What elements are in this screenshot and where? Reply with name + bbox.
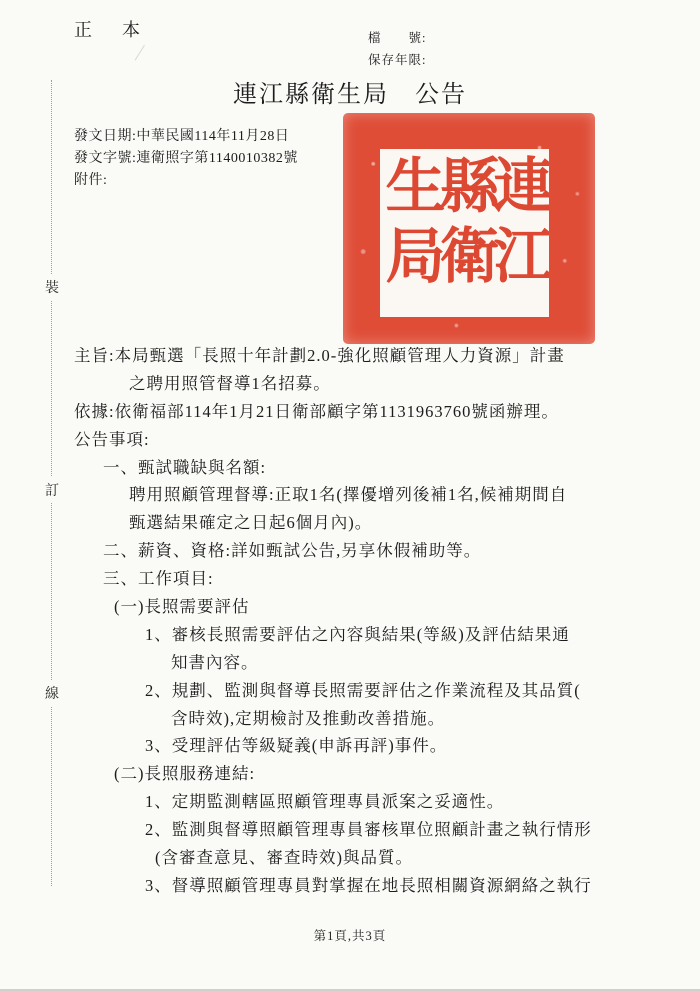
body-line: 聘用照顧管理督導:正取1名(擇優增列後補1名,候補期間自: [74, 481, 674, 509]
issue-date: 發文日期:中華民國114年11月28日: [74, 126, 298, 148]
official-seal-inner: 連江縣衛生局: [380, 149, 549, 317]
binding-mark-xian: 線: [40, 680, 64, 706]
body-line: 2、規劃、監測與督導長照需要評估之作業流程及其品質(: [74, 677, 674, 705]
body-line: 二、薪資、資格:詳如甄試公告,另享休假補助等。: [74, 537, 674, 565]
pencil-mark: [135, 45, 159, 69]
copy-type-label: 正 本: [74, 16, 146, 42]
announcement-body: 主旨:本局甄選「長照十年計劃2.0-強化照顧管理人力資源」計畫之聘用照管督導1名…: [74, 342, 674, 900]
body-line: 2、監測與督導照顧管理專員審核單位照顧計畫之執行情形: [74, 816, 674, 844]
body-line: 甄選結果確定之日起6個月內)。: [74, 509, 674, 537]
body-line: 之聘用照管督導1名招募。: [74, 370, 674, 398]
body-line: 依據:依衛福部114年1月21日衛部顧字第1131963760號函辦理。: [74, 398, 674, 426]
body-line: 1、審核長照需要評估之內容與結果(等級)及評估結果通: [74, 621, 674, 649]
body-line: 3、督導照顧管理專員對掌握在地長照相關資源網絡之執行: [74, 872, 674, 900]
binding-mark-ding: 訂: [40, 477, 64, 503]
attachment-label: 附件:: [74, 170, 298, 192]
file-number-block: 檔 號: 保存年限:: [368, 27, 426, 71]
body-line: 三、工作項目:: [74, 565, 674, 593]
document-title: 連江縣衛生局 公告: [0, 74, 700, 109]
binding-mark-zhuang: 裝: [40, 274, 64, 300]
body-line: (二)長照服務連結:: [74, 760, 674, 788]
body-line: 公告事項:: [74, 426, 674, 454]
body-line: 主旨:本局甄選「長照十年計劃2.0-強化照顧管理人力資源」計畫: [74, 342, 674, 370]
document-meta: 發文日期:中華民國114年11月28日 發文字號:連衛照字第1140010382…: [74, 126, 298, 192]
body-line: 含時效),定期檢討及推動改善措施。: [74, 705, 674, 733]
file-number-label: 檔 號:: [368, 27, 426, 49]
body-line: 3、受理評估等級疑義(申訴再評)事件。: [74, 732, 674, 760]
retention-period-label: 保存年限:: [368, 49, 426, 71]
page-footer: 第1頁,共3頁: [0, 926, 700, 944]
document-page: 正 本 檔 號: 保存年限: 連江縣衛生局 公告 發文日期:中華民國114年11…: [0, 0, 700, 991]
official-seal-text: 連江縣衛生局: [384, 154, 546, 312]
body-line: 知書內容。: [74, 649, 674, 677]
body-line: 1、定期監測轄區照顧管理專員派案之妥適性。: [74, 788, 674, 816]
body-line: 一、甄試職缺與名額:: [74, 454, 674, 482]
body-line: (含審查意見、審查時效)與品質。: [74, 844, 674, 872]
official-seal: 連江縣衛生局: [343, 113, 595, 344]
document-number: 發文字號:連衛照字第1140010382號: [74, 148, 298, 170]
body-line: (一)長照需要評估: [74, 593, 674, 621]
